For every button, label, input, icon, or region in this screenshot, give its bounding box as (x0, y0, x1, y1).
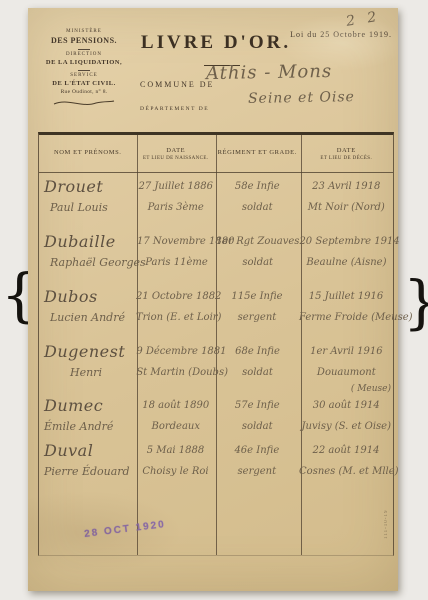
death-place: Juvisy (S. et Oise) (300, 416, 393, 437)
ministry-line: MINISTÈRE (30, 29, 138, 34)
header-text: DATE (166, 147, 185, 154)
firstnames: Henri (44, 362, 136, 383)
death-date: 30 août 1914 (300, 395, 393, 416)
birth-cell: 27 Juillet 1886 Paris 3ème (136, 176, 215, 218)
regiment: 46e Infie (215, 440, 299, 461)
flourish-line (52, 98, 116, 108)
regiment-cell: 1er Rgt Zouaves soldat (216, 231, 299, 273)
firstnames: Émile André (44, 416, 136, 437)
grade: sergent (215, 461, 299, 482)
regiment: 68e Infie (215, 341, 299, 362)
death-place: Cosnes (M. et Mlle) (299, 461, 393, 482)
table-row: Dubos Lucien André 21 Octobre 1882 Trion… (39, 286, 393, 328)
firstnames: Pierre Édouard (44, 461, 136, 482)
death-place: Beaulne (Aisne) (299, 252, 393, 273)
birth-cell: 18 août 1890 Bordeaux (136, 395, 215, 437)
death-cell: 30 août 1914 Juvisy (S. et Oise) (300, 395, 393, 437)
birth-place: Bordeaux (136, 416, 215, 437)
document-paper: 2 2 Loi du 25 Octobre 1919. MINISTÈRE DE… (28, 8, 398, 591)
birth-date: 21 Octobre 1882 (136, 286, 215, 307)
law-caption: Loi du 25 Octobre 1919. (290, 30, 392, 39)
ministry-line: DE L'ÉTAT CIVIL. (30, 80, 138, 87)
commune-label: COMMUNE DE (140, 80, 214, 89)
birth-cell: 9 Décembre 1881 St Martin (Doubs) (136, 341, 215, 396)
birth-date: 17 Novembre 1880 (137, 231, 216, 252)
divider (78, 70, 90, 71)
death-date: 22 août 1914 (299, 440, 393, 461)
header-naissance: DATE ET LIEU DE NAISSANCE. (136, 135, 215, 172)
departement-value-handwritten: Seine et Oise (248, 89, 355, 107)
header-regiment: RÉGIMENT ET GRADE. (215, 135, 300, 172)
regiment: 57e Infie (215, 395, 300, 416)
surname: Dugenest (44, 341, 136, 362)
regiment-cell: 68e Infie soldat (215, 341, 299, 396)
name-cell: Dubos Lucien André (39, 286, 136, 328)
grade: soldat (216, 252, 299, 273)
name-cell: Dumec Émile André (39, 395, 136, 437)
name-cell: Dubaille Raphaël Georges (39, 231, 137, 273)
ministry-line: DIRECTION (30, 52, 138, 57)
name-cell: Drouet Paul Louis (39, 176, 136, 218)
birth-place: St Martin (Doubs) (136, 362, 215, 383)
name-cell: Duval Pierre Édouard (39, 440, 136, 482)
birth-place: Paris 11ème (137, 252, 216, 273)
surname: Drouet (44, 176, 136, 197)
table-row: Dubaille Raphaël Georges 17 Novembre 188… (39, 231, 393, 273)
birth-date: 18 août 1890 (136, 395, 215, 416)
records-table: NOM ET PRÉNOMS. DATE ET LIEU DE NAISSANC… (38, 132, 394, 556)
table-row: Dugenest Henri 9 Décembre 1881 St Martin… (39, 341, 393, 396)
death-cell: 15 Juillet 1916 Ferme Froide (Meuse) (299, 286, 393, 328)
surname: Duval (44, 440, 136, 461)
death-date: 1er Avril 1916 (300, 341, 393, 362)
firstnames: Raphaël Georges (44, 252, 137, 273)
regiment-cell: 46e Infie sergent (215, 440, 299, 482)
header-subtext: ET LIEU DE NAISSANCE. (143, 156, 209, 161)
table-row: Duval Pierre Édouard 5 Mai 1888 Choisy l… (39, 440, 393, 482)
regiment-cell: 58e Infie soldat (215, 176, 300, 218)
header-subtext: ET LIEU DE DÉCÈS. (320, 156, 372, 161)
table-row: Drouet Paul Louis 27 Juillet 1886 Paris … (39, 176, 393, 218)
birth-cell: 17 Novembre 1880 Paris 11ème (137, 231, 216, 273)
death-place: Douaumont (300, 362, 393, 383)
divider (78, 49, 90, 50)
birth-place: Trion (E. et Loir) (136, 307, 215, 328)
death-date: 23 Avril 1918 (300, 176, 393, 197)
death-place: Ferme Froide (Meuse) (299, 307, 393, 328)
ministry-line: DE LA LIQUIDATION, (30, 59, 138, 66)
death-cell: 23 Avril 1918 Mt Noir (Nord) (300, 176, 393, 218)
firstnames: Lucien André (44, 307, 136, 328)
name-cell: Dugenest Henri (39, 341, 136, 396)
birth-cell: 21 Octobre 1882 Trion (E. et Loir) (136, 286, 215, 328)
header-text: DATE (337, 147, 356, 154)
table-header-row: NOM ET PRÉNOMS. DATE ET LIEU DE NAISSANC… (39, 135, 393, 173)
header-text: NOM ET PRÉNOMS. (54, 149, 122, 156)
header-text: RÉGIMENT ET GRADE. (218, 149, 297, 156)
birth-cell: 5 Mai 1888 Choisy le Roi (136, 440, 214, 482)
departement-label: DÉPARTEMENT DE (140, 106, 209, 112)
ministry-line: DES PENSIONS. (30, 36, 138, 45)
birth-place: Paris 3ème (136, 197, 215, 218)
birth-date: 5 Mai 1888 (136, 440, 214, 461)
page-title: LIVRE D'OR. (136, 32, 296, 54)
surname: Dubos (44, 286, 136, 307)
regiment-cell: 57e Infie soldat (215, 395, 300, 437)
table-row: Dumec Émile André 18 août 1890 Bordeaux … (39, 395, 393, 437)
death-cell: 20 Septembre 1914 Beaulne (Aisne) (299, 231, 393, 273)
surname: Dumec (44, 395, 136, 416)
birth-date: 27 Juillet 1886 (136, 176, 215, 197)
grade: soldat (215, 197, 300, 218)
ministry-letterhead: MINISTÈRE DES PENSIONS. DIRECTION DE LA … (30, 28, 138, 108)
regiment-cell: 115e Infie sergent (215, 286, 299, 328)
death-place: Mt Noir (Nord) (300, 197, 393, 218)
commune-value-handwritten: Athis - Mons (206, 61, 332, 84)
regiment: 115e Infie (215, 286, 299, 307)
printer-mark: 111-10-19 (384, 455, 389, 539)
birth-place: Choisy le Roi (136, 461, 214, 482)
grade: sergent (215, 307, 299, 328)
firstnames: Paul Louis (44, 197, 136, 218)
ministry-address: Rue Oudinot, n° 8. (30, 89, 138, 95)
regiment: 58e Infie (215, 176, 300, 197)
ministry-line: SERVICE (30, 73, 138, 78)
grade: soldat (215, 416, 300, 437)
page-number-annotation: 2 2 (345, 6, 397, 30)
death-cell: 1er Avril 1916 Douaumont ( Meuse) (300, 341, 393, 396)
death-cell: 22 août 1914 Cosnes (M. et Mlle) (299, 440, 393, 482)
header-deces: DATE ET LIEU DE DÉCÈS. (300, 135, 393, 172)
birth-date: 9 Décembre 1881 (136, 341, 215, 362)
regiment: 1er Rgt Zouaves (216, 231, 299, 252)
header-nom: NOM ET PRÉNOMS. (39, 135, 136, 172)
death-date: 15 Juillet 1916 (299, 286, 393, 307)
grade: soldat (215, 362, 299, 383)
death-date: 20 Septembre 1914 (299, 231, 393, 252)
surname: Dubaille (44, 231, 137, 252)
